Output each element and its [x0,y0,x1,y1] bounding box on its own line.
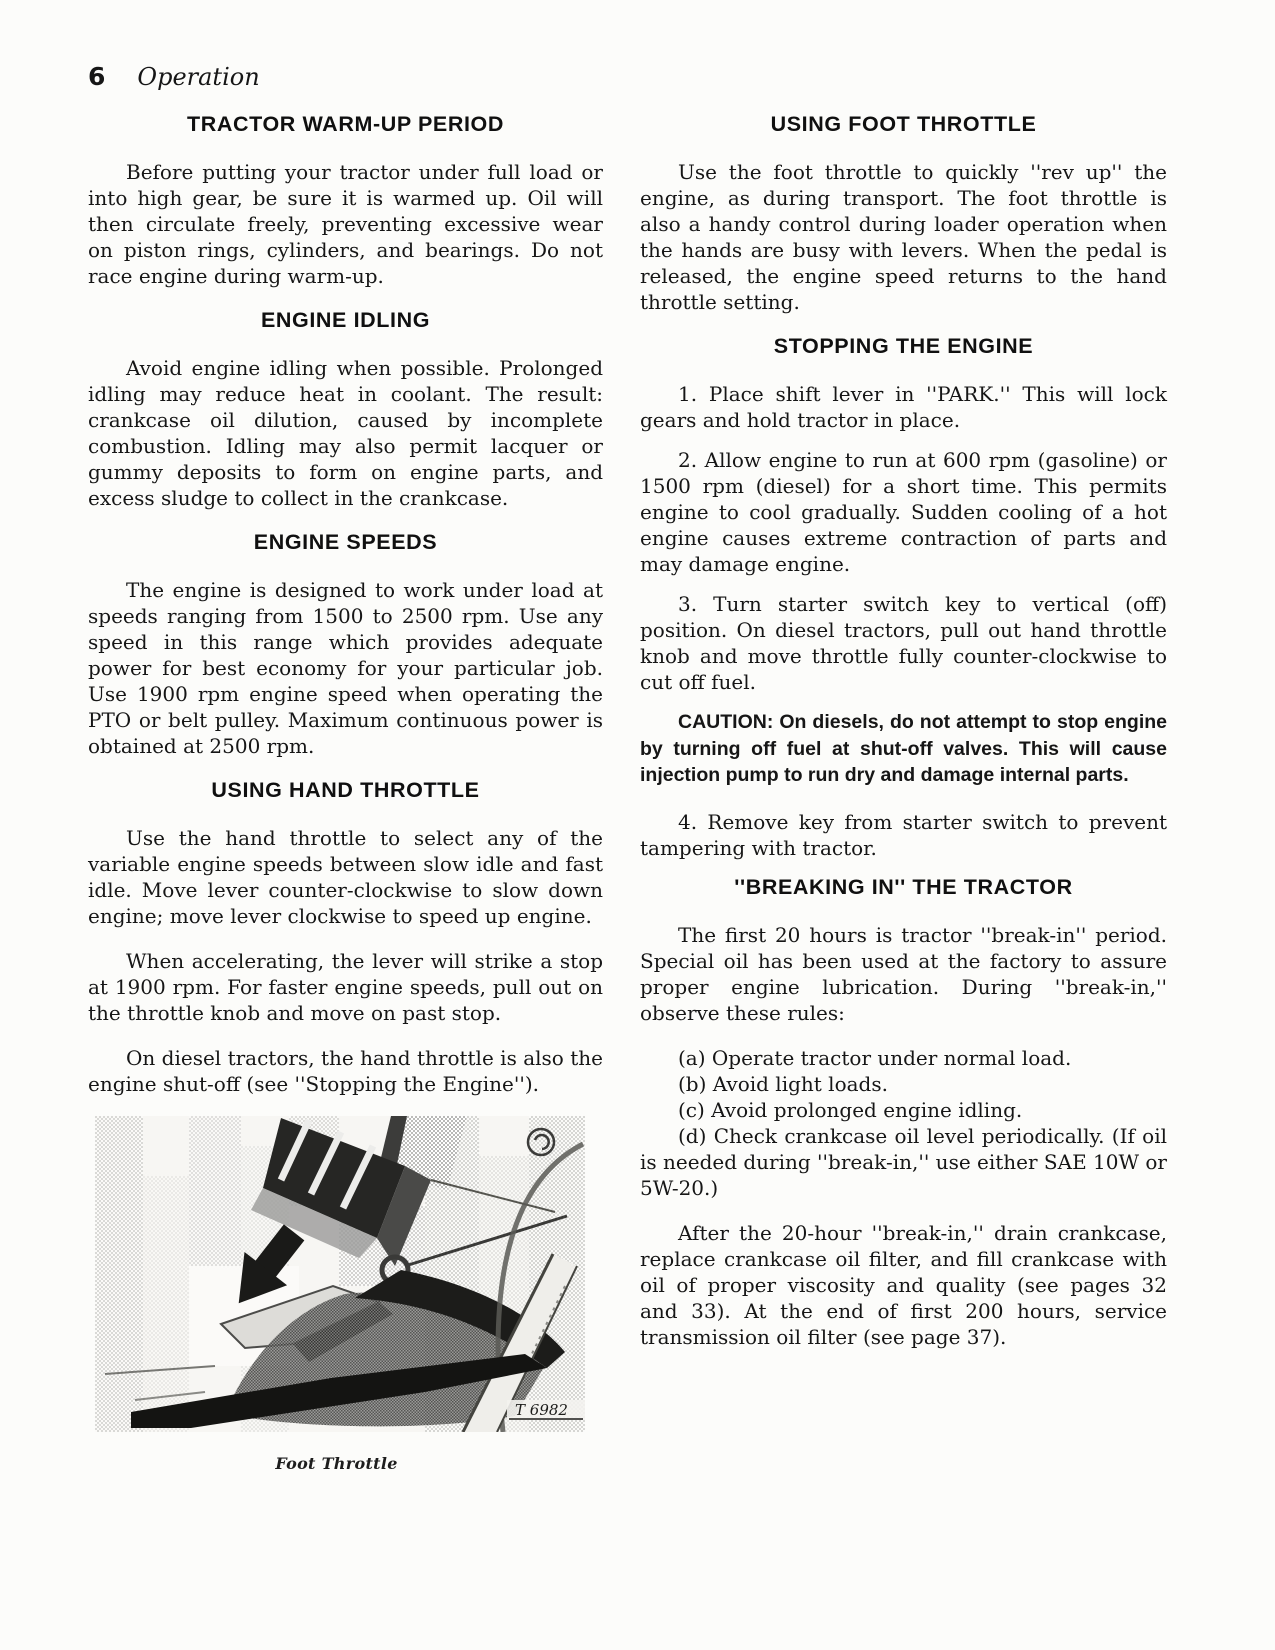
heading-engine-idling: ENGINE IDLING [88,308,603,333]
photo-label-group: T 6982 [507,1400,585,1420]
paragraph-break-in-outro: After the 20-hour ''break-in,'' drain cr… [640,1220,1167,1350]
paragraph-warm-up: Before putting your tractor under full l… [88,159,603,289]
left-column: TRACTOR WARM-UP PERIOD Before putting yo… [88,106,603,1473]
heading-engine-speeds: ENGINE SPEEDS [88,530,603,555]
break-in-rule-c: (c) Avoid prolonged engine idling. [640,1097,1167,1123]
paragraph-hand-throttle-2: When accelerating, the lever will strike… [88,948,603,1026]
break-in-rule-a: (a) Operate tractor under normal load. [640,1045,1167,1071]
page-number: 6 [88,62,105,91]
paragraph-hand-throttle-3: On diesel tractors, the hand throttle is… [88,1045,603,1097]
paragraph-engine-idling: Avoid engine idling when possible. Prolo… [88,355,603,511]
paragraph-hand-throttle-1: Use the hand throttle to select any of t… [88,825,603,929]
paragraph-engine-speeds: The engine is designed to work under loa… [88,577,603,759]
caution-note: CAUTION: On diesels, do not attempt to s… [640,709,1167,789]
stopping-step-3: 3. Turn starter switch key to vertical (… [640,591,1167,695]
right-column: USING FOOT THROTTLE Use the foot throttl… [640,106,1167,1369]
heading-using-hand-throttle: USING HAND THROTTLE [88,778,603,803]
foot-throttle-figure: T 6982 Foot Throttle [88,1116,585,1473]
photo-label: T 6982 [515,1401,568,1419]
heading-breaking-in-the-tractor: ''BREAKING IN'' THE TRACTOR [640,875,1167,900]
stopping-step-4: 4. Remove key from starter switch to pre… [640,809,1167,861]
heading-stopping-the-engine: STOPPING THE ENGINE [640,334,1167,359]
heading-using-foot-throttle: USING FOOT THROTTLE [640,112,1167,137]
manual-page: 6Operation TRACTOR WARM-UP PERIOD Before… [0,0,1275,1650]
break-in-rule-d: (d) Check crankcase oil level periodical… [640,1123,1167,1201]
page-header: 6Operation [88,62,260,91]
foot-throttle-photo: T 6982 [95,1116,585,1432]
paragraph-foot-throttle: Use the foot throttle to quickly ''rev u… [640,159,1167,315]
heading-tractor-warm-up-period: TRACTOR WARM-UP PERIOD [88,112,603,137]
chapter-title: Operation [137,63,259,91]
paragraph-break-in-intro: The first 20 hours is tractor ''break-in… [640,922,1167,1026]
stopping-step-2: 2. Allow engine to run at 600 rpm (gasol… [640,447,1167,577]
figure-caption: Foot Throttle [88,1454,585,1473]
stopping-step-1: 1. Place shift lever in ''PARK.'' This w… [640,381,1167,433]
break-in-rule-b: (b) Avoid light loads. [640,1071,1167,1097]
